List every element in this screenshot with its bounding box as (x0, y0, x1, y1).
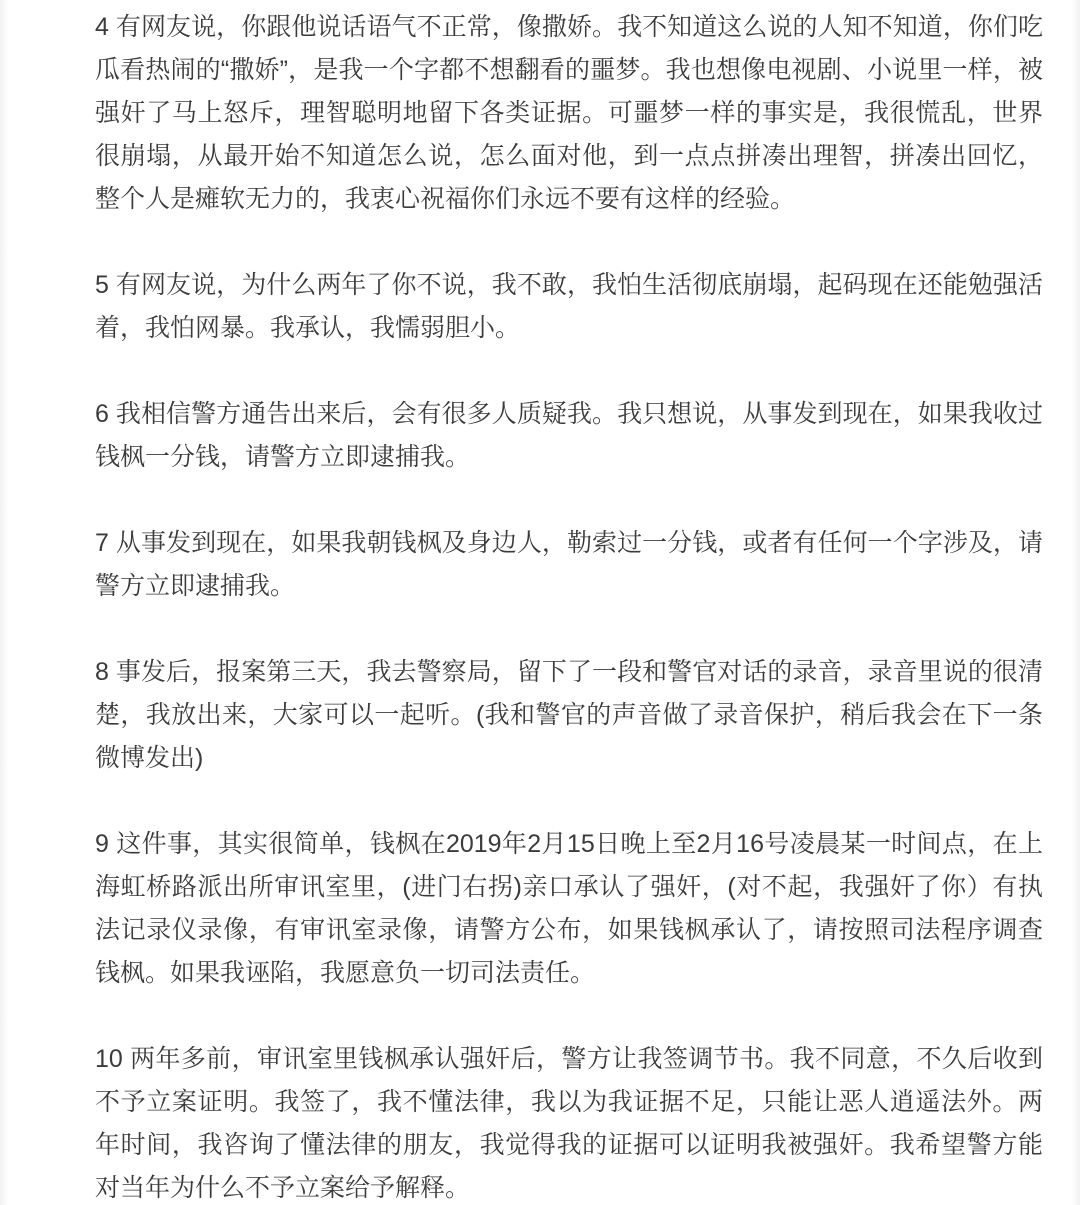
document-page: 4 有网友说，你跟他说话语气不正常，像撒娇。我不知道这么说的人知不知道，你们吃瓜… (0, 0, 1080, 1205)
paragraph-8: 8 事发后，报案第三天，我去警察局，留下了一段和警官对话的录音，录音里说的很清楚… (95, 651, 1043, 780)
paragraph-5: 5 有网友说，为什么两年了你不说，我不敢，我怕生活彻底崩塌，起码现在还能勉强活着… (95, 264, 1043, 350)
post-text-body: 4 有网友说，你跟他说话语气不正常，像撒娇。我不知道这么说的人知不知道，你们吃瓜… (95, 6, 1043, 1205)
paragraph-10: 10 两年多前，审讯室里钱枫承认强奸后，警方让我签调节书。我不同意，不久后收到不… (95, 1038, 1043, 1205)
paragraph-7: 7 从事发到现在，如果我朝钱枫及身边人，勒索过一分钱，或者有任何一个字涉及，请警… (95, 522, 1043, 608)
paragraph-4: 4 有网友说，你跟他说话语气不正常，像撒娇。我不知道这么说的人知不知道，你们吃瓜… (95, 6, 1043, 221)
paragraph-9: 9 这件事，其实很简单，钱枫在2019年2月15日晚上至2月16号凌晨某一时间点… (95, 823, 1043, 995)
paragraph-6: 6 我相信警方通告出来后，会有很多人质疑我。我只想说，从事发到现在，如果我收过钱… (95, 393, 1043, 479)
